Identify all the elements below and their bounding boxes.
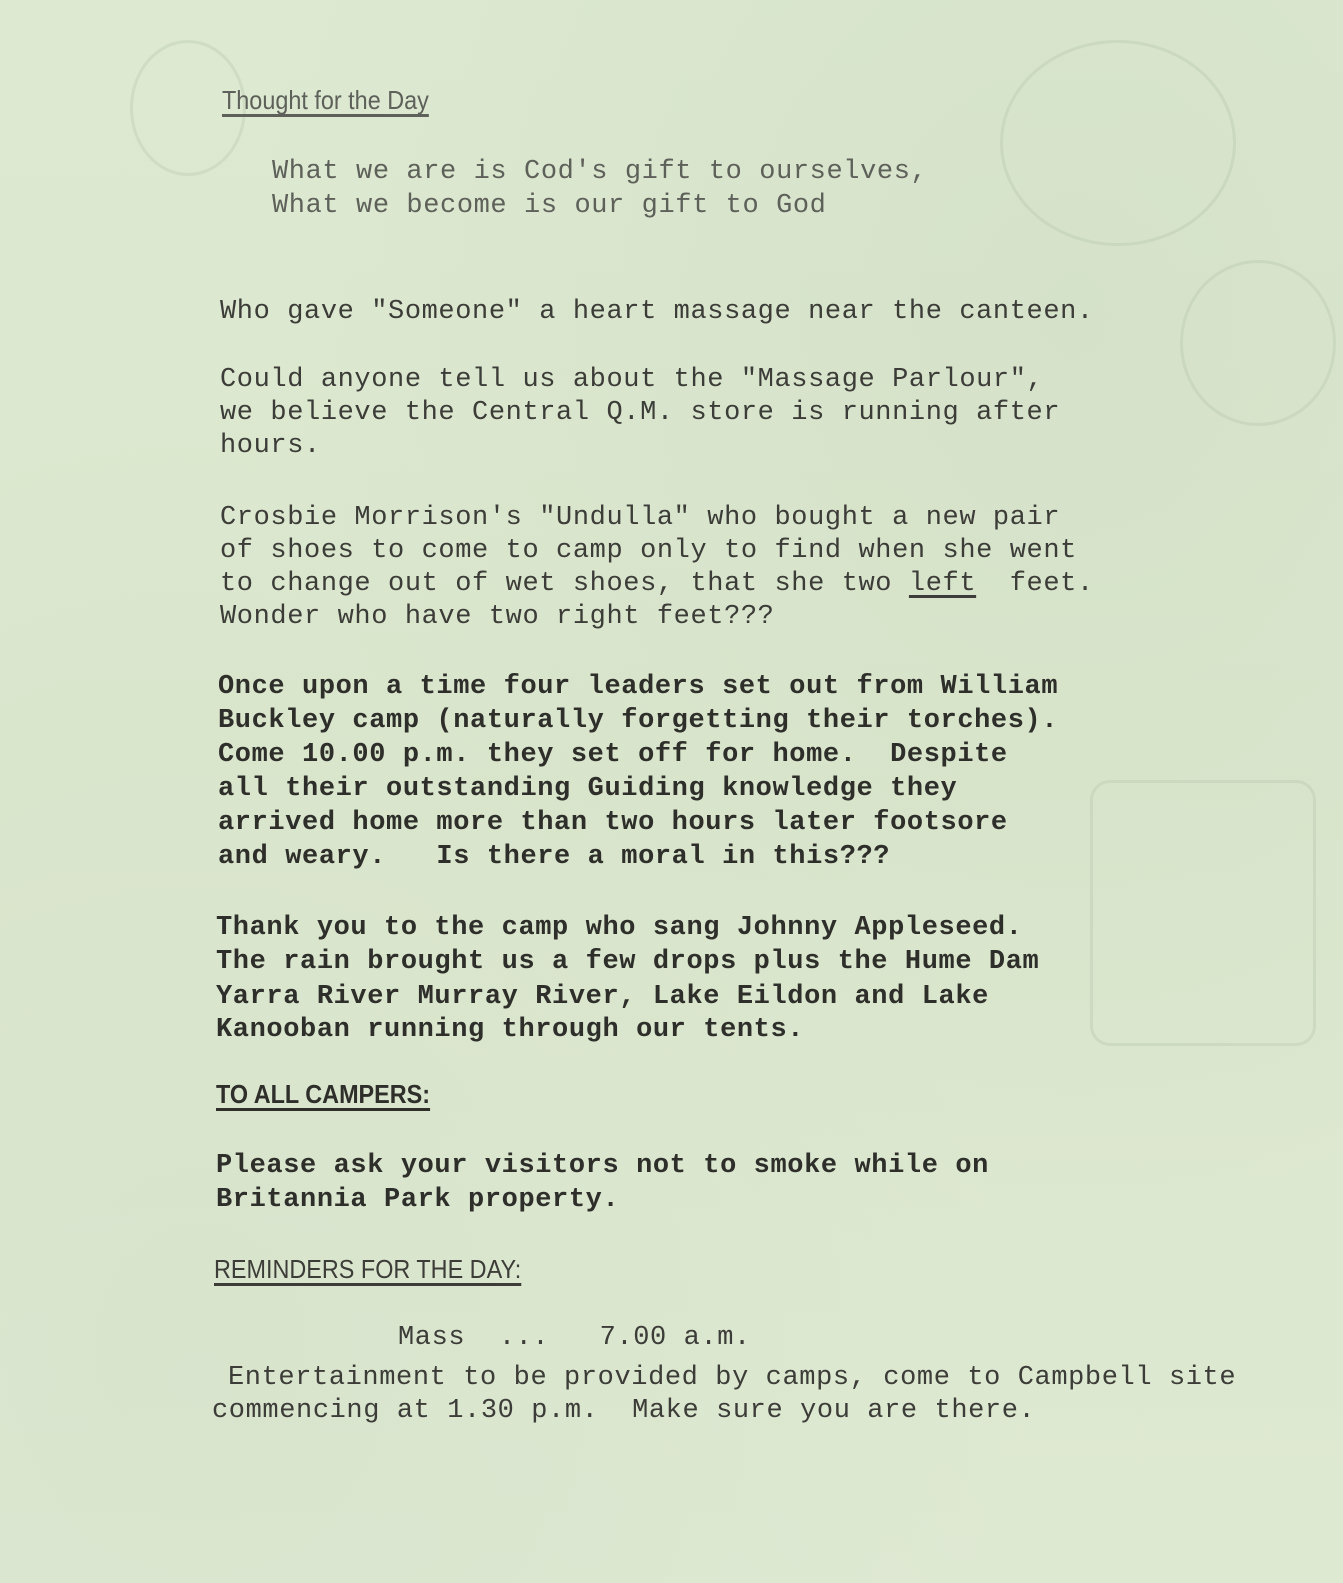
paragraph-line: Once upon a time four leaders set out fr… <box>218 671 1058 704</box>
reminders-heading: REMINDERS FOR THE DAY: <box>214 1253 521 1286</box>
thought-line: What we are is Cod's gift to ourselves, <box>272 156 927 189</box>
paragraph-line: Thank you to the camp who sang Johnny Ap… <box>216 912 1023 945</box>
thought-heading: Thought for the Day <box>222 84 429 117</box>
paragraph-line: Could anyone tell us about the "Massage … <box>220 364 1043 397</box>
paragraph-line: of shoes to come to camp only to find wh… <box>220 535 1077 568</box>
bleed-through-shape <box>1000 40 1236 246</box>
paragraph-line: to change out of wet shoes, that she two… <box>220 568 1094 601</box>
paragraph-line: Who gave "Someone" a heart massage near … <box>220 296 1094 329</box>
paragraph-line: all their outstanding Guiding knowledge … <box>218 773 957 806</box>
paragraph-line: arrived home more than two hours later f… <box>218 807 1008 840</box>
paragraph-line: and weary. Is there a moral in this??? <box>218 841 890 874</box>
reminder-line: commencing at 1.30 p.m. Make sure you ar… <box>212 1395 1035 1428</box>
bleed-through-shape <box>1090 780 1316 1046</box>
paragraph-line: we believe the Central Q.M. store is run… <box>220 397 1060 430</box>
campers-heading: TO ALL CAMPERS: <box>216 1078 430 1111</box>
bleed-through-shape <box>1180 260 1336 426</box>
emphasis-word: left <box>909 569 976 599</box>
line-text: to change out of wet shoes, that she two <box>220 569 909 599</box>
campers-line: Please ask your visitors not to smoke wh… <box>216 1150 989 1183</box>
paragraph-line: Come 10.00 p.m. they set off for home. D… <box>218 739 1008 772</box>
paragraph-line: Crosbie Morrison's "Undulla" who bought … <box>220 502 1060 535</box>
reminder-line: Entertainment to be provided by camps, c… <box>228 1362 1236 1395</box>
campers-line: Britannia Park property. <box>216 1184 619 1217</box>
thought-line: What we become is our gift to God <box>272 190 827 223</box>
paragraph-line: hours. <box>220 430 321 463</box>
paragraph-line: Wonder who have two right feet??? <box>220 601 775 634</box>
paragraph-line: Buckley camp (naturally forgetting their… <box>218 705 1058 738</box>
mass-time: Mass ... 7.00 a.m. <box>398 1322 751 1355</box>
paragraph-line: Kanooban running through our tents. <box>216 1014 804 1047</box>
paragraph-line: The rain brought us a few drops plus the… <box>216 946 1039 979</box>
paragraph-line: Yarra River Murray River, Lake Eildon an… <box>216 981 989 1014</box>
line-text: feet. <box>976 569 1094 599</box>
